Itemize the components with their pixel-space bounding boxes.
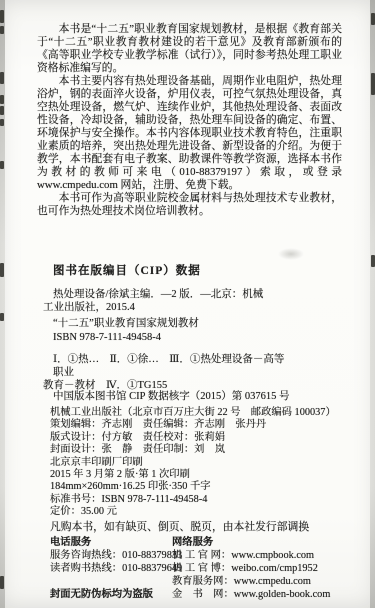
price-line: 定价：35.00 元 <box>50 506 350 518</box>
scan-artifact <box>0 119 4 126</box>
scan-artifact <box>0 263 4 277</box>
planning-editor-line: 策划编辑：齐志刚 责任编辑：齐志刚 张丹丹 <box>50 419 350 431</box>
scan-artifact <box>371 13 375 25</box>
cip-isbn: ISBN 978-7-111-49458-4 <box>43 331 293 344</box>
cip-series-line: “十二五”职业教育国家规划教材 <box>43 317 293 330</box>
intro-paragraph-3: 本书可作为高等职业院校金属材料与热处理技术专业教材，也可作为热处理技术岗位培训教… <box>37 192 342 218</box>
intro-paragraph-2: 本书主要内容有热处理设备基础，周期作业电阻炉，热处理浴炉，钢的表面淬火设备，炉用… <box>37 75 342 192</box>
golden-book-site: 金 书 网：www.golden-book.com <box>172 585 330 600</box>
scan-artifact <box>0 313 4 321</box>
scan-smudge <box>278 248 304 260</box>
reader-hotline: 读者购书热线：010-88379649 <box>50 559 182 574</box>
edition-line: 2015 年 3 月第 2 版·第 1 次印刷 <box>50 469 350 481</box>
scan-artifact <box>0 26 4 34</box>
publisher-block: 机械工业出版社（北京市百万庄大街 22 号 邮政编码 100037） 策划编辑：… <box>50 407 350 519</box>
format-line: 184mm×260mm·16.25 印张·350 千字 <box>50 481 350 493</box>
scan-artifact <box>0 95 4 104</box>
replacement-notice: 凡购本书，如有缺页、倒页、脱页，由本社发行部调换 <box>50 519 309 534</box>
printer-line: 北京京丰印刷厂印刷 <box>50 457 350 469</box>
cip-classification-line: Ⅰ．①热… Ⅱ．①徐… Ⅲ．①热处理设备－高等职业 <box>43 353 293 379</box>
scan-artifact <box>0 106 4 115</box>
cip-body: 热处理设备/徐斌主编．—2 版．—北京：机械 工业出版社，2015.4 “十二五… <box>43 288 293 392</box>
scan-artifact <box>0 576 4 589</box>
scan-artifact <box>371 73 375 95</box>
standard-isbn-line: 标准书号：ISBN 978-7-111-49458-4 <box>50 494 350 506</box>
anti-piracy-notice: 封面无防伪标均为盗版 <box>50 585 153 600</box>
left-scan-edge <box>0 0 5 608</box>
book-copyright-page: 本书是“十二五”职业教育国家规划教材，是根据《教育部关于“十二五”职业教育教材建… <box>0 0 375 608</box>
scan-artifact <box>0 72 4 84</box>
intro-paragraph-1: 本书是“十二五”职业教育国家规划教材，是根据《教育部关于“十二五”职业教育教材建… <box>37 23 342 75</box>
cip-entry-line: 工业出版社，2015.4 <box>43 301 293 314</box>
cover-design-line: 封面设计：张 静 责任印制：刘 岚 <box>50 444 350 456</box>
publisher-address: 机械工业出版社（北京市百万庄大街 22 号 邮政编码 100037） <box>50 407 350 419</box>
scan-artifact <box>0 10 4 23</box>
layout-design-line: 版式设计：付方敏 责任校对：张莉娟 <box>50 432 350 444</box>
scan-artifact <box>371 255 375 267</box>
book-intro: 本书是“十二五”职业教育国家规划教材，是根据《教育部关于“十二五”职业教育教材建… <box>37 23 342 218</box>
cip-record-number: 中国版本图书馆 CIP 数据核字（2015）第 037615 号 <box>53 388 289 403</box>
scan-artifact <box>0 161 4 169</box>
cip-entry-line: 热处理设备/徐斌主编．—2 版．—北京：机械 <box>43 288 293 301</box>
cip-section-title: 图书在版编目（CIP）数据 <box>53 262 201 278</box>
